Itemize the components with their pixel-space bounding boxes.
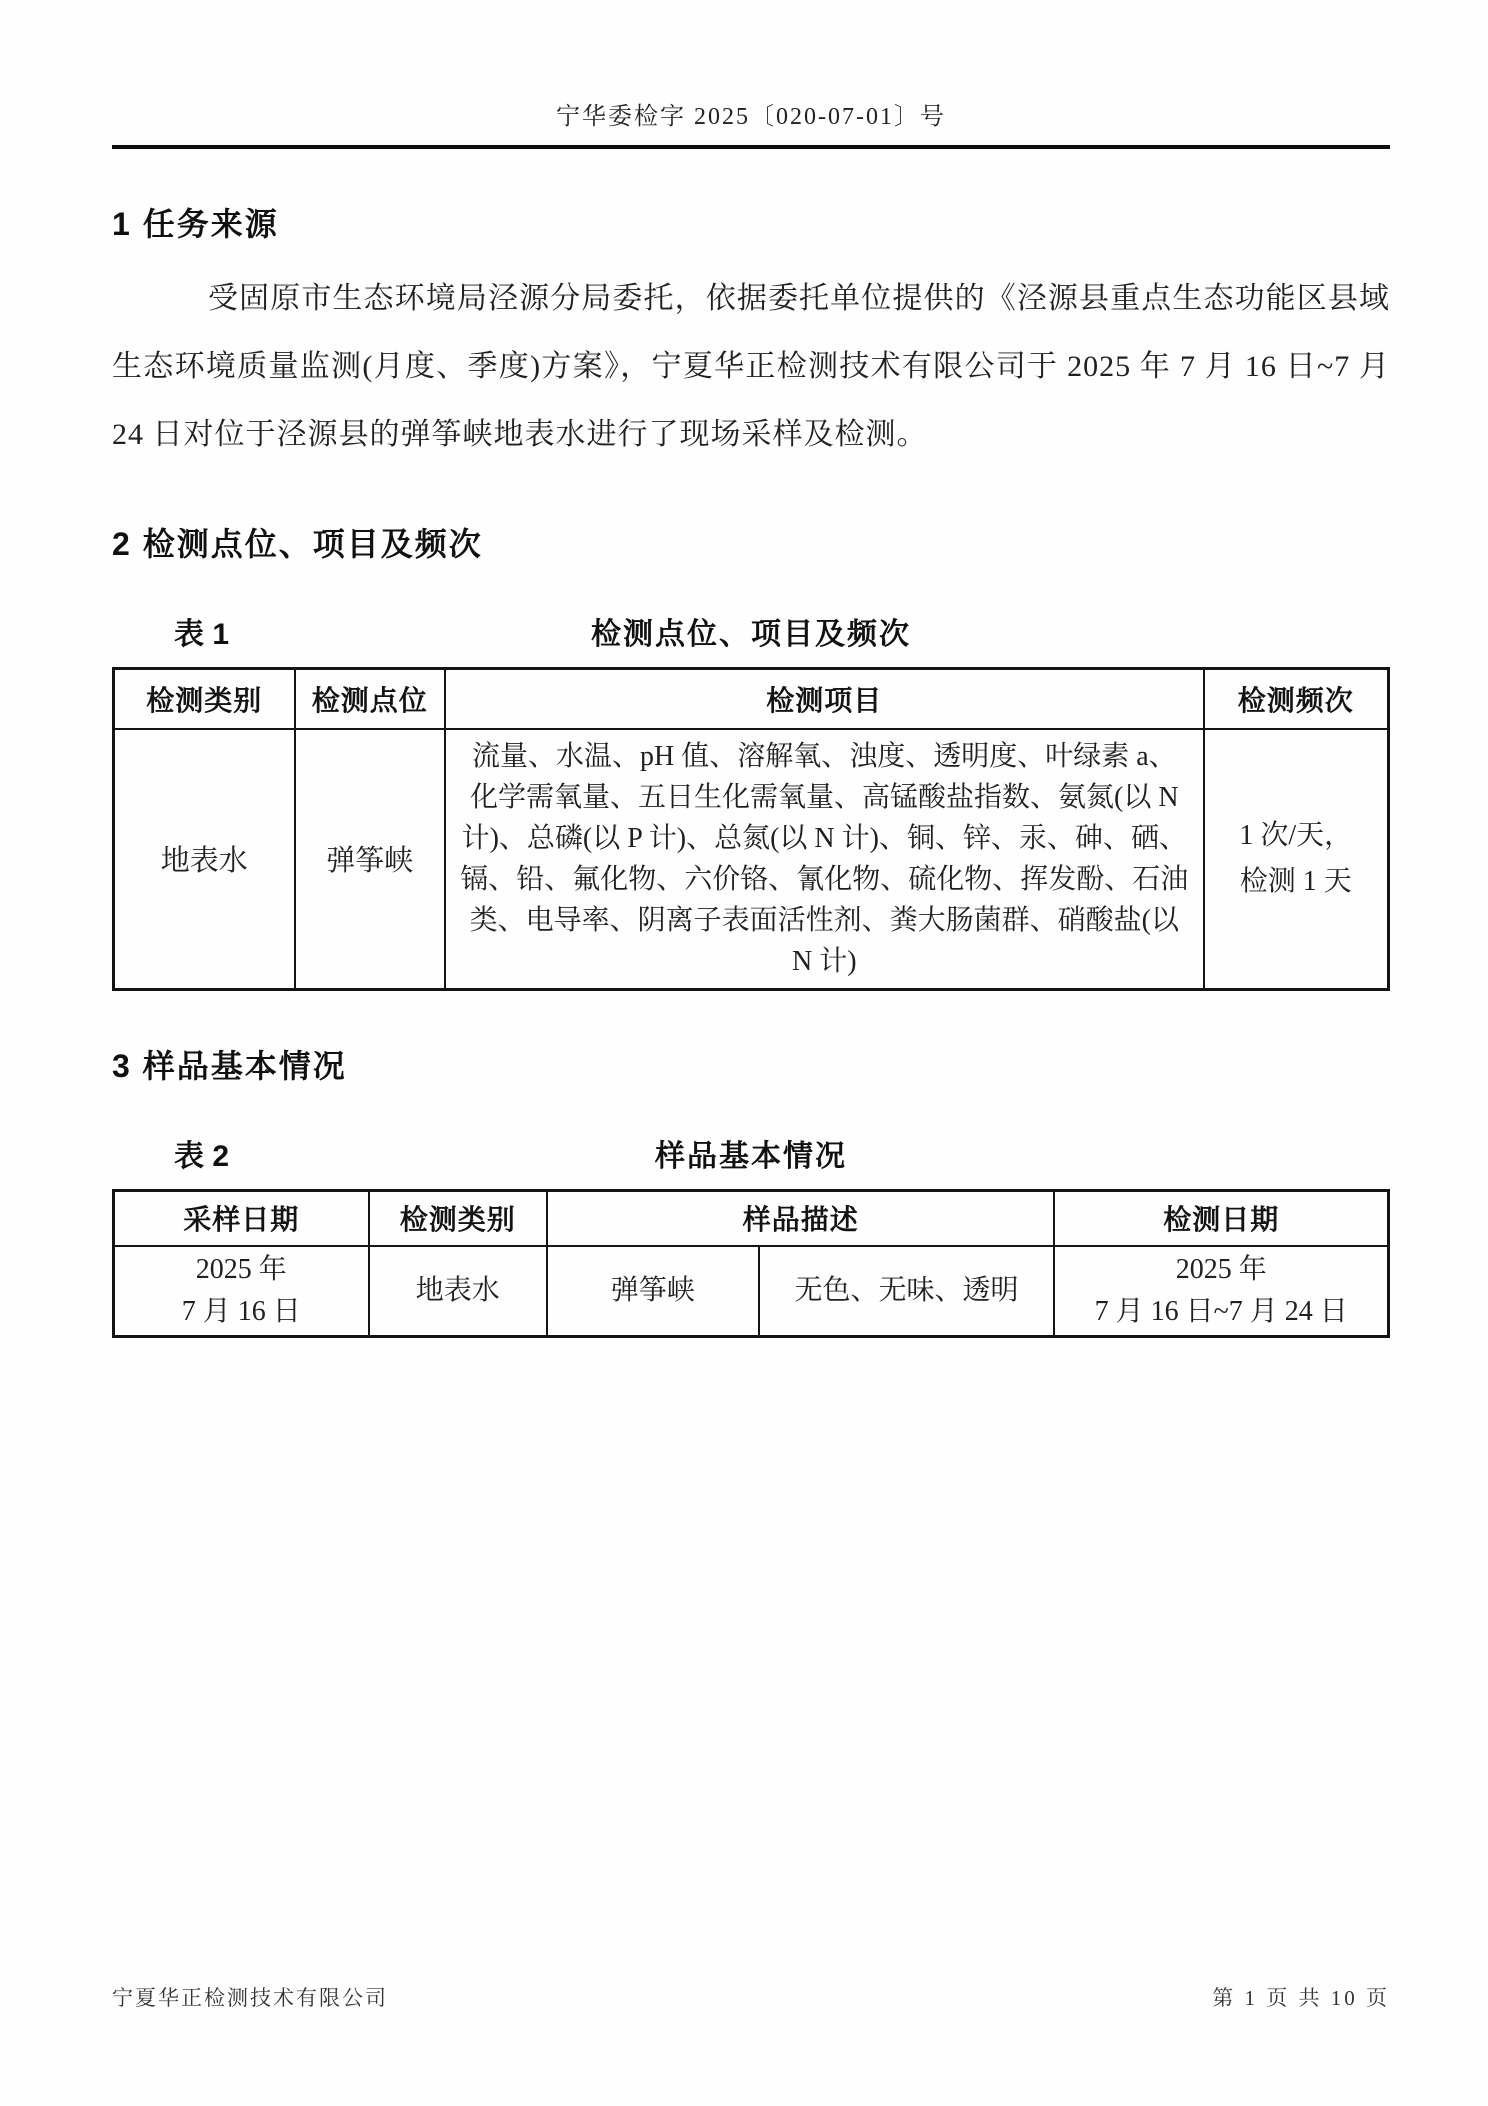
section-1-paragraph: 受固原市生态环境局泾源分局委托，依据委托单位提供的《泾源县重点生态功能区县域生态… [112, 265, 1390, 469]
table-2-cell-site: 弹筝峡 [547, 1246, 759, 1337]
table-1-header-row: 检测类别 检测点位 检测项目 检测频次 [114, 669, 1389, 729]
table-2-header-test-date: 检测日期 [1054, 1190, 1388, 1246]
document-number: 宁华委检字 2025〔020-07-01〕号 [112, 96, 1390, 131]
footer-company-name: 宁夏华正检测技术有限公司 [112, 1982, 388, 2012]
footer-page-number: 第 1 页 共 10 页 [1212, 1982, 1390, 2012]
table-1-header-site: 检测点位 [295, 669, 445, 729]
test-date-line-2: 7 月 16 日~7 月 24 日 [1061, 1291, 1381, 1333]
table-2-header-sample-date: 采样日期 [114, 1190, 369, 1246]
table-1-cell-site: 弹筝峡 [295, 729, 445, 990]
table-1-header-items: 检测项目 [445, 669, 1204, 729]
monitoring-points-table: 检测类别 检测点位 检测项目 检测频次 地表水 弹筝峡 流量、水温、pH 值、溶… [112, 667, 1390, 991]
section-1-heading: 1 任务来源 [112, 199, 1390, 245]
report-page: 宁华委检字 2025〔020-07-01〕号 1 任务来源 受固原市生态环境局泾… [0, 0, 1488, 2106]
table-1-caption-label: 表 1 [174, 609, 229, 653]
table-2-cell-sample-date: 2025 年 7 月 16 日 [114, 1246, 369, 1337]
table-2-data-row: 2025 年 7 月 16 日 地表水 弹筝峡 无色、无味、透明 2025 年 … [114, 1246, 1389, 1337]
table-2-caption: 表 2 样品基本情况 [112, 1131, 1390, 1177]
table-1-cell-category: 地表水 [114, 729, 295, 990]
table-2-header-description: 样品描述 [547, 1190, 1054, 1246]
frequency-line-2: 检测 1 天 [1211, 859, 1381, 905]
table-1-data-row: 地表水 弹筝峡 流量、水温、pH 值、溶解氧、浊度、透明度、叶绿素 a、化学需氧… [114, 729, 1389, 990]
table-2-header-row: 采样日期 检测类别 样品描述 检测日期 [114, 1190, 1389, 1246]
section-3-heading: 3 样品基本情况 [112, 1041, 1390, 1087]
page-footer: 宁夏华正检测技术有限公司 第 1 页 共 10 页 [112, 1982, 1390, 2012]
table-2-cell-category: 地表水 [369, 1246, 548, 1337]
table-2-cell-test-date: 2025 年 7 月 16 日~7 月 24 日 [1054, 1246, 1388, 1337]
sample-date-line-1: 2025 年 [121, 1249, 362, 1291]
frequency-line-1: 1 次/天， [1211, 813, 1381, 859]
table-1-caption: 表 1 检测点位、项目及频次 [112, 609, 1390, 655]
table-2-caption-title: 样品基本情况 [112, 1131, 1390, 1175]
table-1-header-category: 检测类别 [114, 669, 295, 729]
table-2-header-category: 检测类别 [369, 1190, 548, 1246]
table-1-cell-frequency: 1 次/天， 检测 1 天 [1204, 729, 1389, 990]
sample-info-table: 采样日期 检测类别 样品描述 检测日期 2025 年 7 月 16 日 地表水 … [112, 1189, 1390, 1339]
table-1-header-frequency: 检测频次 [1204, 669, 1389, 729]
sample-date-line-2: 7 月 16 日 [121, 1291, 362, 1333]
header-rule [112, 145, 1390, 149]
table-1-caption-title: 检测点位、项目及频次 [112, 609, 1390, 653]
table-1-cell-items: 流量、水温、pH 值、溶解氧、浊度、透明度、叶绿素 a、化学需氧量、五日生化需氧… [445, 729, 1204, 990]
section-2-heading: 2 检测点位、项目及频次 [112, 519, 1390, 565]
table-2-caption-label: 表 2 [174, 1131, 229, 1175]
test-date-line-1: 2025 年 [1061, 1249, 1381, 1291]
table-2-cell-description: 无色、无味、透明 [759, 1246, 1055, 1337]
